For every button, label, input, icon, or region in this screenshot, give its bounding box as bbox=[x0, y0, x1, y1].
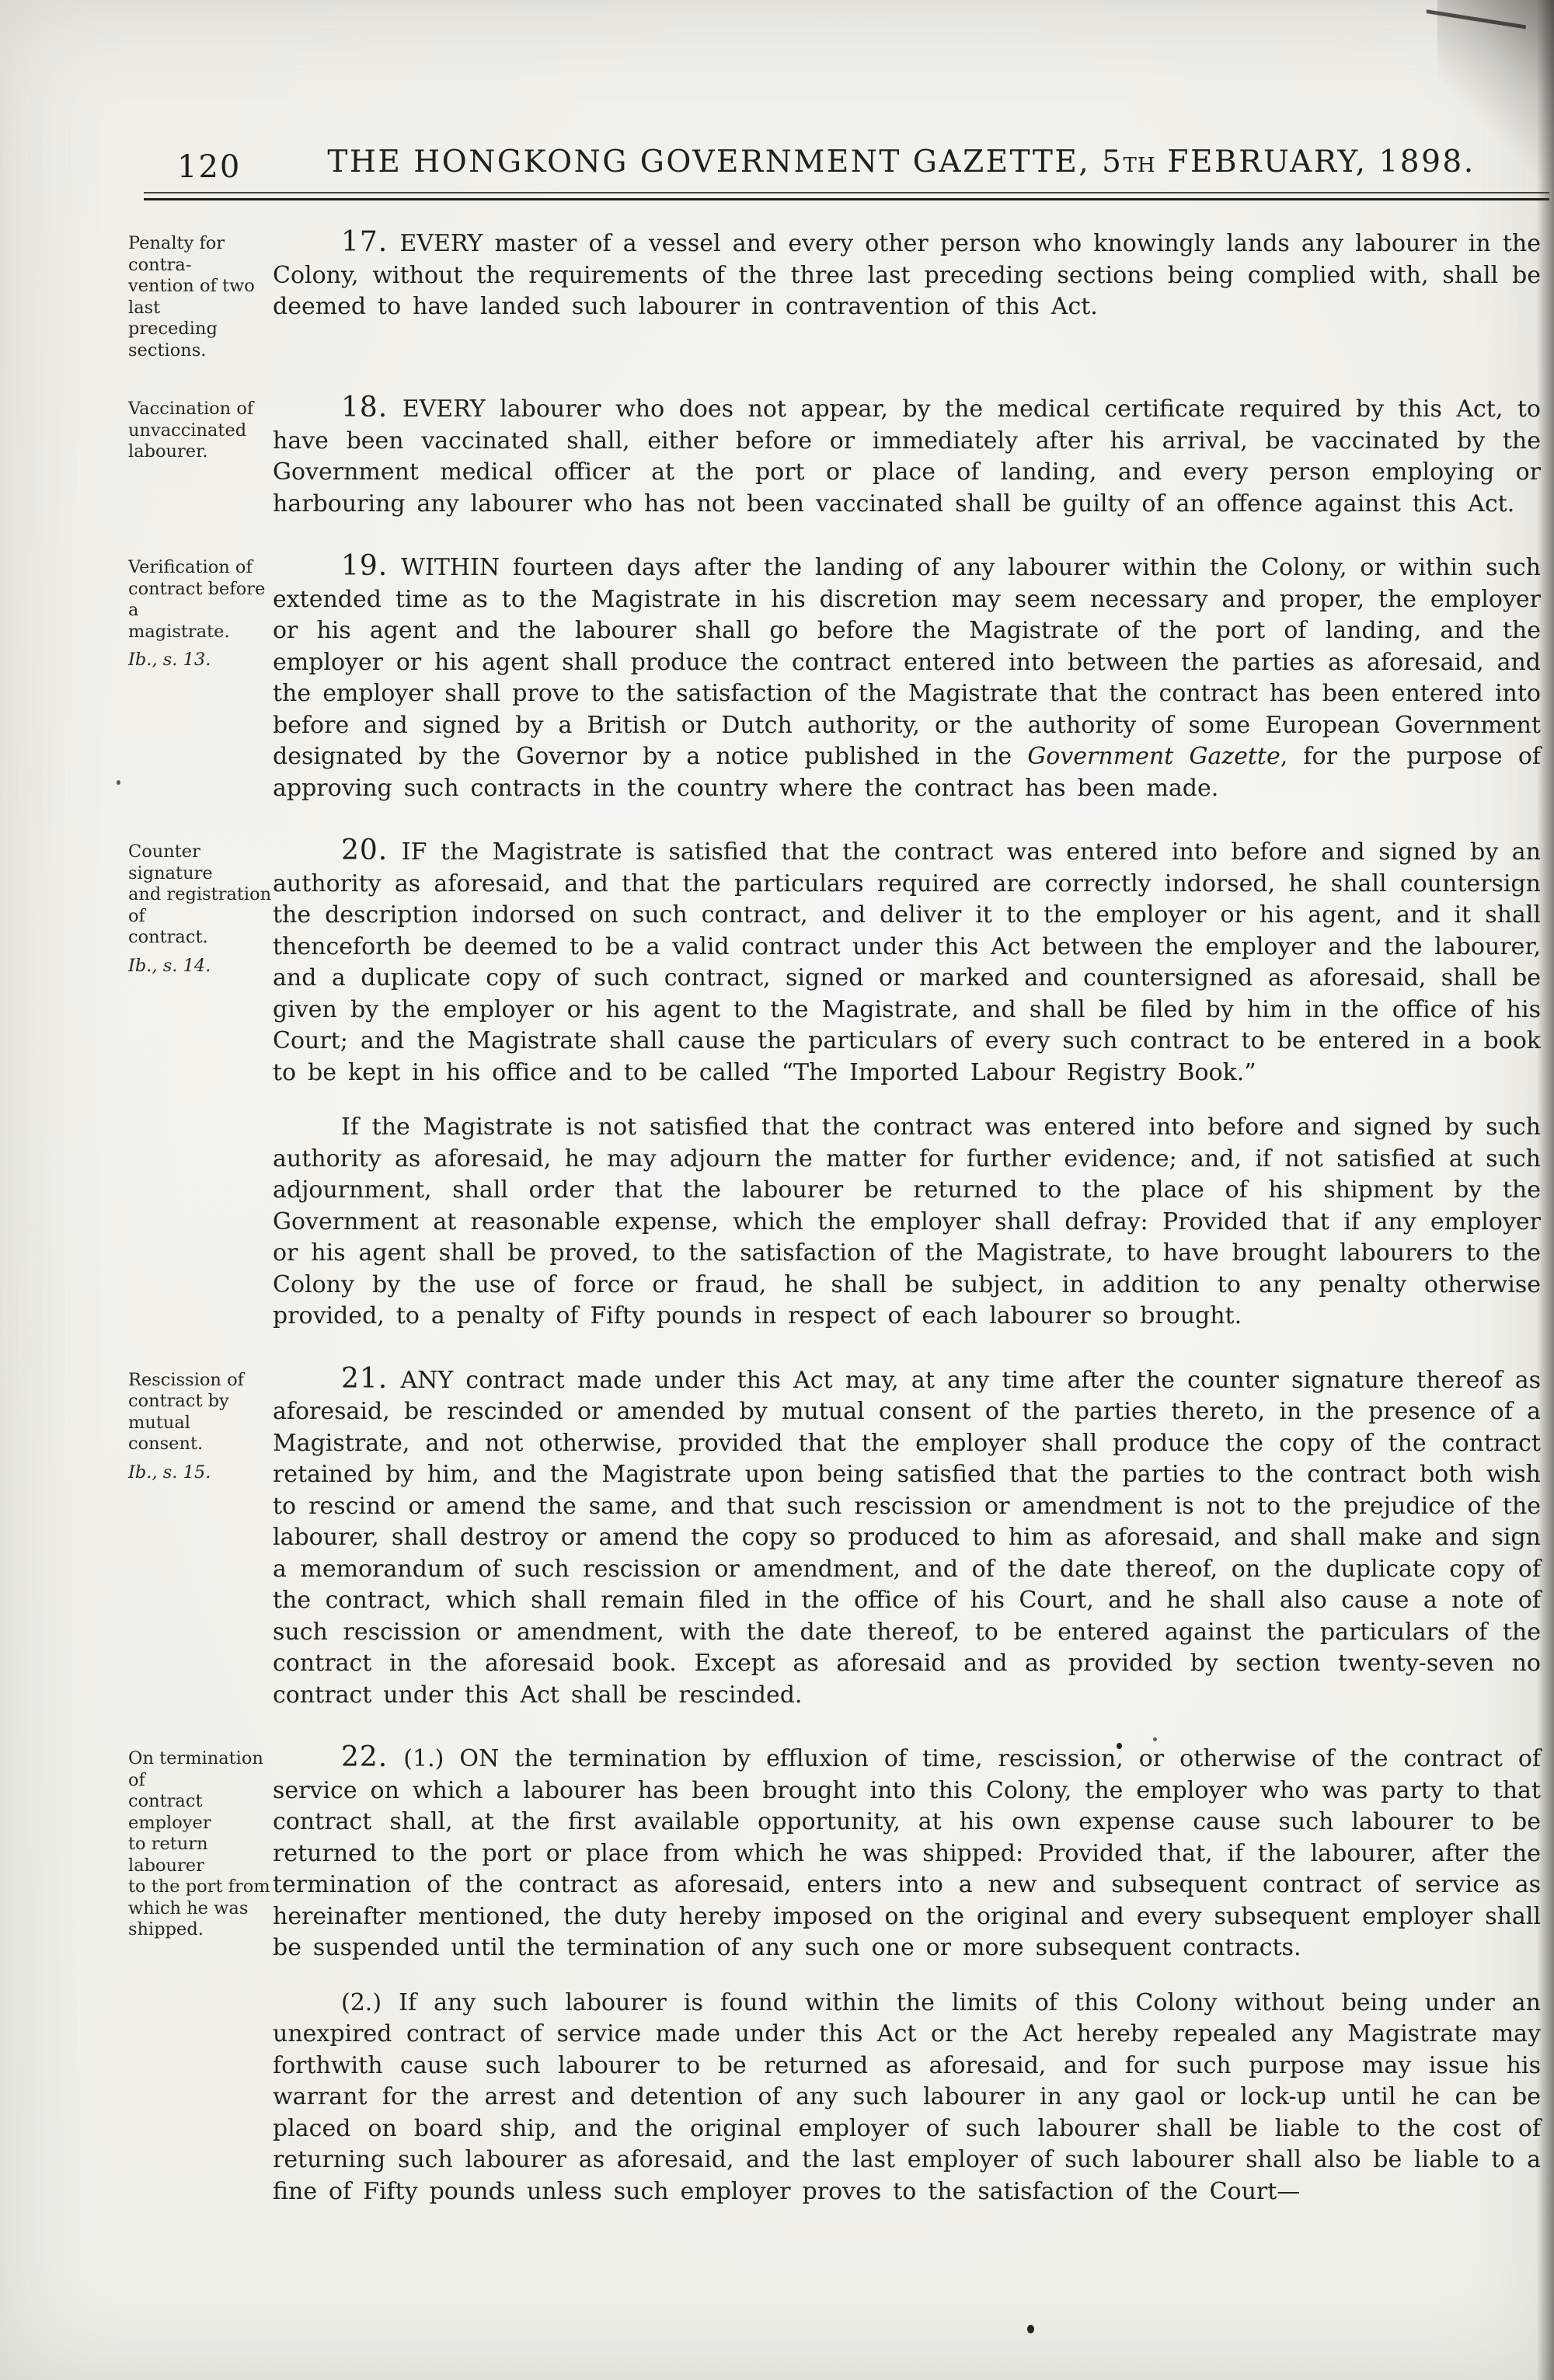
ink-dot bbox=[117, 780, 120, 785]
margin-note-line: contract employer bbox=[128, 1791, 273, 1834]
paragraph-text: EVERY master of a vessel and every other… bbox=[273, 230, 1541, 320]
paragraph-text: (2.) If any such labourer is found withi… bbox=[273, 1989, 1541, 2205]
section-number: 22. bbox=[341, 1741, 388, 1773]
margin-note-line: contract. bbox=[128, 927, 273, 949]
page-edge-shadow bbox=[1537, 0, 1554, 2380]
act-text-content: Penalty for contra- vention of two last … bbox=[128, 227, 1549, 2239]
paragraph: 19. WITHIN fourteen days after the landi… bbox=[273, 551, 1541, 804]
ink-dot bbox=[1117, 1743, 1122, 1749]
paragraph-text: (1.) ON the termination by effluxion of … bbox=[273, 1745, 1541, 1961]
margin-note-line: Counter signature bbox=[128, 842, 273, 884]
section-17: Penalty for contra- vention of two last … bbox=[128, 227, 1549, 361]
section-body: 22. (1.) ON the termination by effluxion… bbox=[273, 1742, 1549, 2208]
ink-dot bbox=[1027, 2325, 1034, 2333]
gazette-name-italic: Government Gazette bbox=[1027, 743, 1280, 770]
margin-note-line: magistrate. bbox=[128, 622, 273, 643]
margin-note-line: labourer. bbox=[128, 441, 273, 463]
margin-note: Counter signature and registration of co… bbox=[128, 835, 273, 1333]
margin-note-line: and registration of bbox=[128, 884, 273, 927]
margin-note-line: shipped. bbox=[128, 1919, 273, 1941]
paragraph-text: EVERY labourer who does not appear, by t… bbox=[273, 396, 1541, 517]
margin-note-line: which he was bbox=[128, 1898, 273, 1920]
margin-citation: Ib., s. 13. bbox=[128, 650, 273, 671]
paragraph-text: If the Magistrate is not satisfied that … bbox=[273, 1113, 1541, 1329]
page-title: THE HONGKONG GOVERNMENT GAZETTE, 5TH FEB… bbox=[319, 145, 1484, 179]
margin-note: Verification of contract before a magist… bbox=[128, 551, 273, 804]
paragraph-text: IF the Magistrate is satisfied that the … bbox=[273, 838, 1541, 1086]
paragraph: 18. EVERY labourer who does not appear, … bbox=[273, 392, 1541, 520]
paragraph: 20. IF the Magistrate is satisfied that … bbox=[273, 835, 1541, 1089]
paragraph: 22. (1.) ON the termination by effluxion… bbox=[273, 1742, 1541, 1964]
section-19: Verification of contract before a magist… bbox=[128, 551, 1549, 804]
section-body: 17. EVERY master of a vessel and every o… bbox=[273, 227, 1549, 361]
margin-citation: Ib., s. 15. bbox=[128, 1462, 273, 1484]
section-body: 21. ANY contract made under this Act may… bbox=[273, 1364, 1549, 1712]
margin-note-line: contract before a bbox=[128, 579, 273, 622]
margin-note-line: Penalty for contra- bbox=[128, 233, 273, 276]
section-body: 20. IF the Magistrate is satisfied that … bbox=[273, 835, 1549, 1333]
paragraph-text: ANY contract made under this Act may, at… bbox=[273, 1367, 1541, 1709]
header-double-rule bbox=[144, 192, 1549, 200]
section-20: Counter signature and registration of co… bbox=[128, 835, 1549, 1333]
margin-note-line: Rescission of bbox=[128, 1370, 273, 1392]
margin-note-line: On termination of bbox=[128, 1748, 273, 1791]
section-18: Vaccination of unvaccinated labourer. 18… bbox=[128, 392, 1549, 520]
margin-note: Vaccination of unvaccinated labourer. bbox=[128, 392, 273, 520]
margin-note: On termination of contract employer to r… bbox=[128, 1742, 273, 2208]
page-number: 120 bbox=[177, 149, 241, 185]
margin-note-line: contract by mutual bbox=[128, 1391, 273, 1434]
paragraph: (2.) If any such labourer is found withi… bbox=[273, 1988, 1541, 2208]
margin-note-line: preceding sections. bbox=[128, 319, 273, 361]
margin-note-line: Vaccination of bbox=[128, 399, 273, 420]
margin-citation: Ib., s. 14. bbox=[128, 956, 273, 977]
page-title-text: THE HONGKONG GOVERNMENT GAZETTE, 5 bbox=[327, 145, 1123, 179]
margin-note-line: Verification of bbox=[128, 557, 273, 579]
page-title-date: FEBRUARY, 1898. bbox=[1156, 145, 1476, 179]
paragraph: 21. ANY contract made under this Act may… bbox=[273, 1364, 1541, 1712]
gazette-page: 120 THE HONGKONG GOVERNMENT GAZETTE, 5TH… bbox=[0, 0, 1554, 2380]
paragraph: If the Magistrate is not satisfied that … bbox=[273, 1112, 1541, 1333]
ink-dot bbox=[1153, 1737, 1157, 1741]
section-number: 20. bbox=[341, 835, 388, 866]
section-number: 18. bbox=[341, 392, 388, 423]
ink-dot bbox=[435, 598, 440, 603]
section-body: 19. WITHIN fourteen days after the landi… bbox=[273, 551, 1549, 804]
section-22: On termination of contract employer to r… bbox=[128, 1742, 1549, 2208]
margin-note: Rescission of contract by mutual consent… bbox=[128, 1364, 273, 1712]
margin-note-line: consent. bbox=[128, 1434, 273, 1455]
page-title-ordinal: TH bbox=[1123, 154, 1155, 177]
paragraph-text: WITHIN fourteen days after the landing o… bbox=[273, 554, 1541, 770]
section-number: 17. bbox=[341, 226, 388, 258]
margin-note-line: to the port from bbox=[128, 1876, 273, 1898]
section-body: 18. EVERY labourer who does not appear, … bbox=[273, 392, 1549, 520]
margin-note: Penalty for contra- vention of two last … bbox=[128, 227, 273, 361]
section-21: Rescission of contract by mutual consent… bbox=[128, 1364, 1549, 1712]
margin-note-line: unvaccinated bbox=[128, 420, 273, 442]
section-number: 19. bbox=[341, 550, 388, 582]
page-header: 120 THE HONGKONG GOVERNMENT GAZETTE, 5TH… bbox=[0, 145, 1554, 186]
margin-note-line: to return labourer bbox=[128, 1834, 273, 1876]
section-number: 21. bbox=[341, 1363, 388, 1395]
paragraph: 17. EVERY master of a vessel and every o… bbox=[273, 227, 1541, 323]
margin-note-line: vention of two last bbox=[128, 276, 273, 319]
